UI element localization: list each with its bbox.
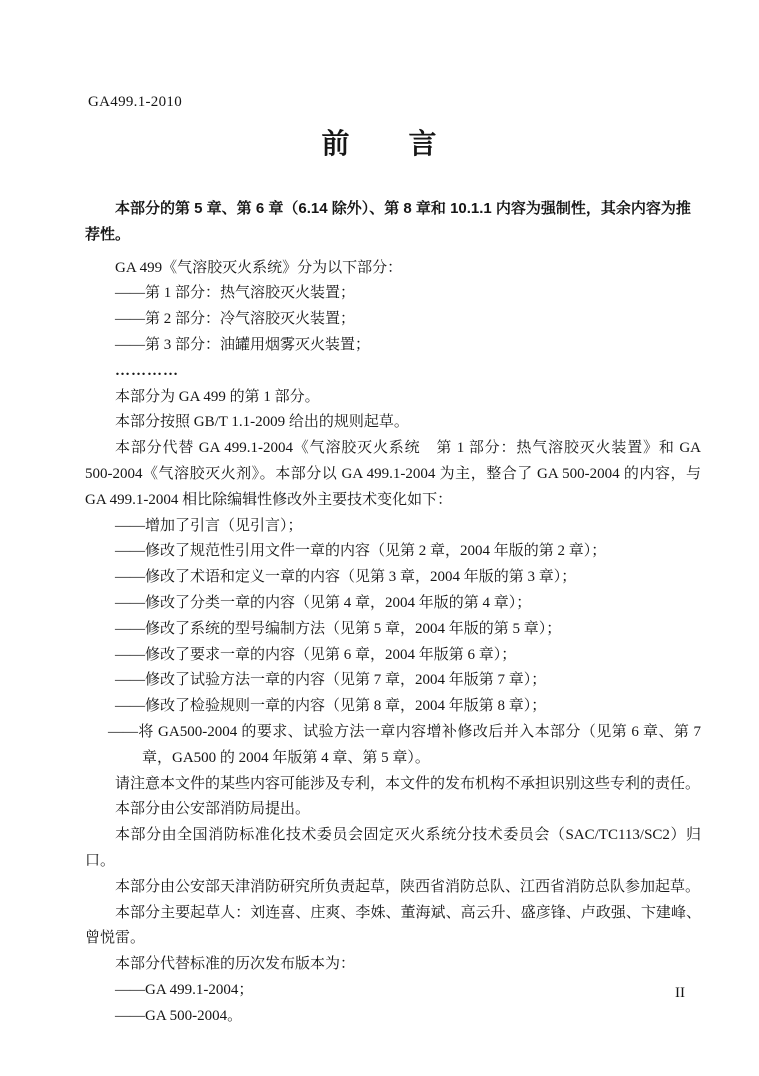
change-item-classification: ——修改了分类一章的内容（见第 4 章，2004 年版的第 4 章）； bbox=[85, 591, 701, 617]
series-part-2-item: ——第 2 部分：冷气溶胶灭火装置； bbox=[85, 307, 701, 333]
drafters-paragraph: 本部分主要起草人：刘连喜、庄爽、李姝、董海斌、高云升、盛彦锋、卢政强、卞建峰、曾… bbox=[85, 901, 701, 953]
change-item-model-numbering: ——修改了系统的型号编制方法（见第 5 章，2004 年版的第 5 章）； bbox=[85, 617, 701, 643]
foreword-body: 本部分的第 5 章、第 6 章（6.14 除外）、第 8 章和 10.1.1 内… bbox=[85, 196, 701, 1030]
previous-edition-ga500: ——GA 500-2004。 bbox=[85, 1004, 701, 1030]
change-item-introduction: ——增加了引言（见引言）； bbox=[85, 514, 701, 540]
previous-editions-intro: 本部分代替标准的历次发布版本为： bbox=[85, 952, 701, 978]
standard-number-header: GA499.1-2010 bbox=[88, 94, 182, 111]
replacement-statement-paragraph: 本部分代替 GA 499.1-2004《气溶胶灭火系统 第 1 部分：热气溶胶灭… bbox=[85, 436, 701, 513]
series-part-1-item: ——第 1 部分：热气溶胶灭火装置； bbox=[85, 281, 701, 307]
change-item-requirements: ——修改了要求一章的内容（见第 6 章，2004 年版第 6 章）； bbox=[85, 643, 701, 669]
proposing-body-paragraph: 本部分由公安部消防局提出。 bbox=[85, 797, 701, 823]
document-page: GA499.1-2010 前 言 本部分的第 5 章、第 6 章（6.14 除外… bbox=[0, 0, 759, 1076]
drafting-organizations-paragraph: 本部分由公安部天津消防研究所负责起草，陕西省消防总队、江西省消防总队参加起草。 bbox=[85, 875, 701, 901]
drafting-rules-paragraph: 本部分按照 GB/T 1.1-2009 给出的规则起草。 bbox=[85, 410, 701, 436]
ellipsis-line: ………… bbox=[85, 359, 701, 385]
change-item-inspection-rules: ——修改了检验规则一章的内容（见第 8 章，2004 年版第 8 章）； bbox=[85, 694, 701, 720]
change-item-terms-definitions: ——修改了术语和定义一章的内容（见第 3 章，2004 年版的第 3 章）； bbox=[85, 565, 701, 591]
mandatory-clauses-notice: 本部分的第 5 章、第 6 章（6.14 除外）、第 8 章和 10.1.1 内… bbox=[85, 196, 701, 248]
committee-paragraph: 本部分由全国消防标准化技术委员会固定灭火系统分技术委员会（SAC/TC113/S… bbox=[85, 823, 701, 875]
series-intro-paragraph: GA 499《气溶胶灭火系统》分为以下部分： bbox=[85, 256, 701, 282]
change-item-merged-content: ——将 GA500-2004 的要求、试验方法一章内容增补修改后并入本部分（见第… bbox=[85, 720, 701, 772]
change-item-test-methods: ——修改了试验方法一章的内容（见第 7 章，2004 年版第 7 章）； bbox=[85, 668, 701, 694]
change-item-normative-references: ——修改了规范性引用文件一章的内容（见第 2 章，2004 年版的第 2 章）； bbox=[85, 539, 701, 565]
part-statement-paragraph: 本部分为 GA 499 的第 1 部分。 bbox=[85, 385, 701, 411]
foreword-title: 前 言 bbox=[0, 122, 759, 162]
series-part-3-item: ——第 3 部分：油罐用烟雾灭火装置； bbox=[85, 333, 701, 359]
previous-edition-ga499: ——GA 499.1-2004； bbox=[85, 978, 701, 1004]
page-number: II bbox=[675, 985, 685, 1002]
patent-notice-paragraph: 请注意本文件的某些内容可能涉及专利，本文件的发布机构不承担识别这些专利的责任。 bbox=[85, 772, 701, 798]
